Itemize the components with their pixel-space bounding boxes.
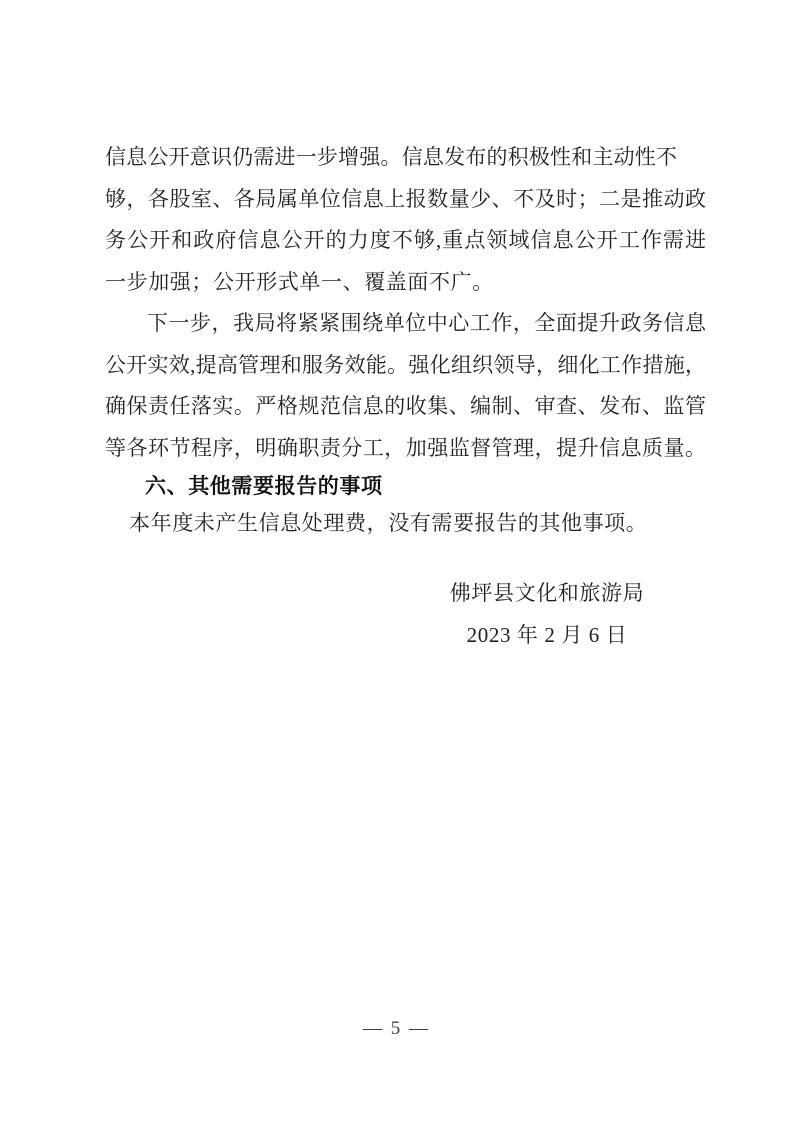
signature-block: 佛坪县文化和旅游局 2023 年 2 月 6 日	[402, 572, 692, 656]
paragraph-1-line-1: 信息公开意识仍需进一步增强。信息发布的积极性和主动性不	[105, 137, 677, 179]
paragraph-1-line-4: 一步加强；公开形式单一、覆盖面不广。	[105, 262, 706, 304]
paragraph-2-line-2: 公开实效,提高管理和服务效能。强化组织领导，细化工作措施，	[105, 345, 706, 387]
paragraph-2-line-4: 等各环节程序，明确职责分工，加强监督管理，提升信息质量。	[105, 428, 706, 470]
paragraph-2: 下一步，我局将紧紧围绕单位中心工作，全面提升政务信息 公开实效,提高管理和服务效…	[105, 303, 706, 469]
signature-date: 2023 年 2 月 6 日	[402, 614, 692, 656]
page-number: — 5 —	[0, 1017, 793, 1041]
paragraph-2-line-3: 确保责任落实。严格规范信息的收集、编制、审查、发布、监管	[105, 386, 706, 428]
paragraph-1: 信息公开意识仍需进一步增强。信息发布的积极性和主动性不 够，各股室、各局属单位信…	[105, 137, 706, 303]
section-heading: 六、其他需要报告的事项	[105, 469, 706, 505]
paragraph-1-line-2: 够，各股室、各局属单位信息上报数量少、不及时；二是推动政	[105, 179, 706, 221]
document-page: 信息公开意识仍需进一步增强。信息发布的积极性和主动性不 够，各股室、各局属单位信…	[0, 0, 793, 1122]
section-body: 本年度未产生信息处理费，没有需要报告的其他事项。	[105, 505, 706, 541]
paragraph-2-line-1: 下一步，我局将紧紧围绕单位中心工作，全面提升政务信息	[105, 303, 706, 345]
paragraph-1-line-3: 务公开和政府信息公开的力度不够,重点领域信息公开工作需进	[105, 220, 706, 262]
signature-organization: 佛坪县文化和旅游局	[402, 572, 692, 614]
document-body: 信息公开意识仍需进一步增强。信息发布的积极性和主动性不 够，各股室、各局属单位信…	[105, 137, 706, 656]
